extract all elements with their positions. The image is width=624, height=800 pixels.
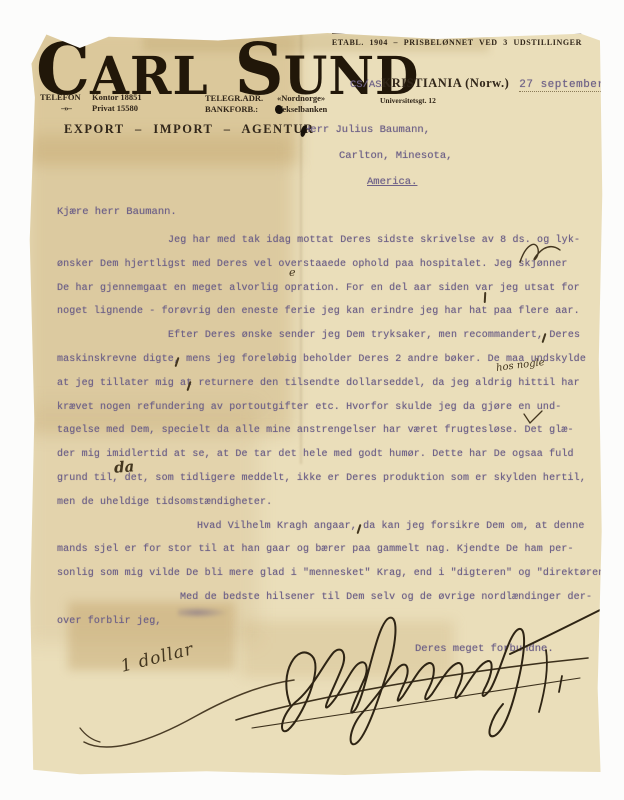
letter-body: Jeg har med tak idag mottat Deres sidste… [57,229,605,634]
checkmark-annotation [522,410,544,426]
letter-paper: ETABL. 1904 – PRISBELØNNET VED 3 UDSTILL… [28,30,604,778]
telegraph-label: TELEGR.ADR. [205,93,277,104]
recipient-name: Herr Julius Baumann, [304,124,430,136]
street-address: Universitetsgt. 12 [380,96,436,105]
reference-code: CS/AS [350,79,382,91]
typed-line: De har gjennemgaat en meget alvorlig opr… [57,277,605,301]
letterhead-phone-block: TELEFON Kontor 18851 –»– Privat 15580 [40,92,142,114]
salutation: Kjære herr Baumann. [57,206,177,218]
paragraph: Hvad Vilhelm Kragh angaar, da kan jeg fo… [57,515,605,586]
city-name: KRISTIANIA (Norw.) [382,76,510,90]
handwritten-letter-e: e [289,266,296,279]
typed-line: Efter Deres ønske sender jeg Dem tryksak… [57,324,605,348]
bank-name: Vekselbanken [277,104,327,115]
typed-line: at jeg tillater mig at returnere den til… [57,372,605,396]
typed-line: mands sjel er for stor til at han gaar o… [57,538,605,562]
handwritten-word-da: da [113,457,134,476]
letterhead-business-line: EXPORT – IMPORT – AGENTUR [64,122,314,137]
letter-body-paragraphs: Jeg har med tak idag mottat Deres sidste… [57,229,605,634]
typed-line: men de uheldige tidsomstændigheter. [57,491,605,515]
typed-line: grund til, det, som tidligere meddelt, i… [57,467,605,491]
scan-backdrop: ETABL. 1904 – PRISBELØNNET VED 3 UDSTILL… [0,0,624,800]
telegraph-address: «Nordnorge» [277,93,325,104]
phone-ditto-mark: –»– [40,103,92,114]
phone-office: Kontor 18851 [92,92,142,103]
phone-private: Privat 15580 [92,103,138,114]
recipient-country: America. [367,176,417,188]
erased-text-smudge [178,607,226,618]
typed-line: sonlig som mig vilde De bli mere glad i … [57,562,605,586]
handwritten-squiggle [516,240,566,266]
letterhead-telegraph-block: TELEGR.ADR. «Nordnorge» BANKFORB.: Vekse… [205,93,327,115]
phone-label: TELEFON [40,92,92,103]
ink-blot [275,105,283,114]
recipient-city: Carlton, Minesota, [339,150,452,162]
typed-line: Hvad Vilhelm Kragh angaar, da kan jeg fo… [57,515,605,539]
bank-label: BANKFORB.: [205,104,277,115]
letter-date: 27 september 1921. [519,79,624,92]
typed-line: der mig imidlertid at se, at De tar det … [57,443,605,467]
city-date-line: CS/AS KRISTIANIA (Norw.) 27 september 19… [350,74,624,92]
signature [228,602,608,772]
typed-line: noget lignende - forøvrig den eneste fer… [57,300,605,324]
